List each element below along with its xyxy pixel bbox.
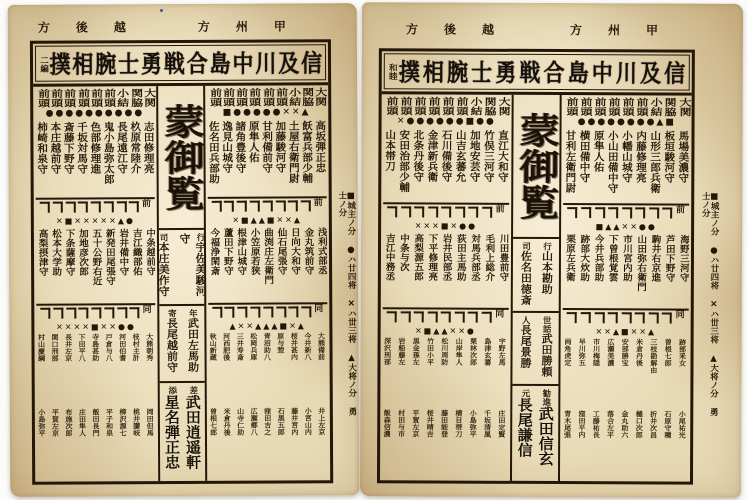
official-role-label: 人 bbox=[520, 316, 530, 325]
official-line: 添星名弾正忠 bbox=[164, 386, 180, 478]
rank-label: 前頭 bbox=[593, 97, 605, 116]
rank-label: 小結 bbox=[115, 88, 127, 107]
hook-mark bbox=[275, 200, 285, 211]
rank-label: 前頭 bbox=[62, 89, 74, 108]
warrior-name: 山吉玄蕃允 bbox=[455, 130, 466, 200]
warrior-name-small: 村田与市 bbox=[398, 409, 405, 479]
hook-mark bbox=[427, 311, 437, 322]
officials-section: 勧進武田信玄元長尾謙信 bbox=[512, 386, 559, 481]
warrior-name-small: 竹田小平 bbox=[427, 337, 434, 407]
symbol-row: ✕✕✕■✕●● bbox=[383, 221, 509, 233]
tier-divider-band: 前 bbox=[383, 203, 509, 222]
hook-mark bbox=[129, 201, 139, 212]
warrior-name-small: 布施次郎 bbox=[66, 408, 73, 481]
official-name: 長尾景勝 bbox=[519, 324, 532, 368]
warrior-name: 日向大和守 bbox=[289, 227, 299, 300]
official-name: 星名弾正忠 bbox=[163, 394, 181, 469]
band-end-label: 前 bbox=[142, 200, 151, 209]
warrior-name-small: 藤井宮内 bbox=[292, 407, 299, 480]
warrior-name: 馬場美濃守 bbox=[677, 131, 688, 201]
warrior-name-small: 青沼助八 bbox=[264, 333, 271, 406]
warrior-name-small: 下田平八 bbox=[79, 334, 86, 407]
hook-mark bbox=[263, 200, 273, 211]
warrior-name: 横田備中守 bbox=[579, 130, 590, 200]
warrior-name-row: 高坂弾正忠飫富兵部少輔土屋右衛門尉加藤駿河守甘利備前守原隼人佑諸角豊後守逸見山城… bbox=[207, 118, 327, 195]
title-character: 及 bbox=[638, 55, 662, 90]
hook-mark bbox=[301, 306, 311, 317]
warrior-small-name-row: 井上左京小宮山内藤井宮内石黒五郎窪田吉之広瀬郷八山寺仁助米倉丹後曽根七郎 bbox=[209, 406, 329, 481]
official-name: 長尾越前守 bbox=[165, 318, 178, 373]
warrior-name: 松本大学助 bbox=[50, 228, 60, 301]
officials-section: 行山本勘助司佐名田徳斎 bbox=[512, 239, 559, 313]
rank-label: 大関 bbox=[313, 87, 325, 106]
official-line: 寄長尾越前守 bbox=[163, 309, 179, 377]
warrior-name: 根津山城守 bbox=[235, 227, 245, 300]
warrior-name-small: 青木尾張 bbox=[564, 410, 571, 480]
warrior-name-small: 米倉丹後 bbox=[224, 407, 231, 480]
warrior-name: 佐名田兵部助 bbox=[208, 121, 219, 194]
title-bar: 信及川中島合戦勇士腕相撲二編 bbox=[33, 42, 328, 87]
title-bar: 信及川中島合戦勇士腕相撲和睦 bbox=[382, 51, 692, 95]
hook-mark bbox=[482, 311, 492, 322]
ink-speck bbox=[160, 9, 163, 12]
photo-of-banzuke-prints: { "artifact": "woodblock banzuke print, … bbox=[0, 0, 748, 500]
hook-mark bbox=[130, 307, 140, 318]
official-line: 行宇佐美駿河守 bbox=[176, 233, 204, 302]
official-line: 年武田左馬助 bbox=[184, 309, 200, 377]
warrior-name: 栗原左兵衛 bbox=[564, 234, 574, 304]
hook-mark bbox=[567, 312, 577, 323]
echigo-side-column: 大関関脇小結前頭前頭前頭前頭前頭前頭●●●●●●●●●●志田修理亮杦原常陸介長尾… bbox=[33, 86, 158, 482]
hook-mark bbox=[40, 201, 50, 212]
title-character: 信 bbox=[663, 55, 687, 90]
rank-label: 前頭 bbox=[426, 96, 438, 115]
warrior-name-small: 河西肥後 bbox=[224, 333, 231, 406]
hook-mark bbox=[649, 208, 659, 219]
warrior-name-row: 馬場美濃守板垣駿河守山形三郎兵衛内藤修理亮小幡山城守小山田備中守原隼人佑横田備中… bbox=[564, 128, 690, 203]
warrior-name-small: 戸倉与八 bbox=[106, 333, 113, 406]
warrior-name: 市川宮内助 bbox=[621, 235, 631, 305]
warrior-name-small: 秋山新蔵 bbox=[210, 333, 217, 406]
hook-mark bbox=[414, 311, 424, 322]
symbol-row: ✕■✕✕✕✕✕▲● bbox=[36, 215, 155, 227]
warrior-small-name-row: 跡部釆女曽根七郎三枝勘解由米倉丹後安部勝宝広瀬美濃市川梅隠早川弥五両角虎定 bbox=[563, 337, 689, 410]
warrior-name: 新発田尾張守 bbox=[104, 228, 114, 301]
official-line: 司佐名田徳斎 bbox=[517, 242, 533, 308]
official-name: 武田信玄 bbox=[537, 406, 555, 466]
band-end-label: 同 bbox=[495, 310, 504, 319]
official-role-label: 添 bbox=[167, 386, 177, 395]
warrior-name-small: 広瀬美濃 bbox=[608, 338, 615, 408]
warrior-name-small: 曽根七郎 bbox=[211, 407, 218, 480]
warrior-small-name-row: 大熊朝秀枝村主計河田伯耆戸倉与八寺島甚助下田平八長井左京関口刑部村山慶綱 bbox=[36, 332, 156, 407]
warrior-name-small: 曽根七郎 bbox=[665, 338, 672, 408]
warrior-name: 甘利備前守 bbox=[261, 121, 272, 194]
warrior-name-small: 落合左平 bbox=[607, 410, 614, 480]
rank-label: 前頭 bbox=[635, 97, 647, 116]
hook-mark bbox=[608, 207, 618, 218]
warrior-name: 芦田下野守 bbox=[664, 235, 674, 305]
rank-label: 小結 bbox=[649, 97, 661, 116]
title-character: 戦 bbox=[163, 46, 186, 81]
warrior-name: 高梨源五郎 bbox=[412, 234, 422, 304]
official-line: 司本庄美作守 bbox=[159, 233, 171, 301]
warrior-name: 岩井備中守 bbox=[118, 228, 128, 301]
rank-label: 前頭 bbox=[384, 96, 396, 115]
warrior-name: 荻田主馬助 bbox=[455, 234, 465, 304]
warrior-name: 金津新兵衛 bbox=[427, 129, 438, 199]
warrior-name: 加藤駿河守 bbox=[275, 120, 286, 193]
rank-label: 前頭 bbox=[49, 89, 61, 108]
warrior-name: 今井兵部助 bbox=[593, 234, 603, 304]
official-name: 山本勘助 bbox=[540, 250, 553, 294]
official-name: 宇佐美駿河守 bbox=[178, 233, 204, 296]
banzuke-sheet-right: 方後越方州甲信及川中島合戦勇士腕相撲和睦大関関脇小結前頭前頭前頭前頭前頭前頭✕●… bbox=[360, 2, 743, 498]
warrior-name: 杦原常陸介 bbox=[130, 121, 141, 194]
warrior-name-small: 小島弥平 bbox=[39, 408, 46, 481]
title-character: 士 bbox=[117, 46, 140, 81]
warrior-name: 山本帯刀 bbox=[384, 129, 395, 199]
warrior-name-small: 今井新八 bbox=[305, 332, 312, 405]
warrior-name-small: 三井寿斎 bbox=[237, 333, 244, 406]
rank-label: 前頭 bbox=[89, 88, 101, 107]
official-line: 行山本勘助 bbox=[538, 242, 554, 308]
warrior-name-small: 松川周防 bbox=[442, 337, 449, 407]
warrior-name: 曲渕庄左衛門 bbox=[262, 227, 272, 300]
hook-mark bbox=[622, 208, 632, 219]
tier-divider-band: 前 bbox=[36, 197, 155, 216]
official-role-label: 行 bbox=[541, 242, 551, 251]
warrior-name: 原隼人佑 bbox=[248, 121, 259, 194]
warrior-name: 対馬兵部丞 bbox=[469, 234, 479, 304]
hook-mark bbox=[276, 306, 286, 317]
warrior-name-small: 窪田平内 bbox=[579, 410, 586, 480]
title-character: 信 bbox=[300, 45, 323, 80]
hook-mark bbox=[441, 207, 451, 218]
title-character: 相 bbox=[421, 54, 445, 89]
warrior-name-row: 直江大和守竹俣三河守加地安芸守山吉玄蕃允石川備後守金津新兵衛北条丹後守安田治部少… bbox=[383, 127, 509, 202]
rank-header-row: 大関関脇小結前頭前頭前頭前頭前頭前頭 bbox=[35, 86, 154, 108]
warrior-name-small: 松岡兵庫 bbox=[251, 333, 258, 406]
warrior-name: 竹俣三河守 bbox=[483, 130, 494, 200]
warrior-name: 鬼小島弥太郎 bbox=[103, 121, 114, 194]
warrior-name: 浅利式部丞 bbox=[316, 227, 326, 300]
warrior-name: 五十公野右近 bbox=[91, 228, 101, 301]
hook-mark bbox=[662, 312, 672, 323]
warrior-name-small: 安部勝宝 bbox=[622, 338, 629, 408]
rank-label: 関脇 bbox=[663, 97, 675, 116]
symbol-row: ■●●●●●✕✕▲ bbox=[207, 106, 326, 119]
rank-label: 前頭 bbox=[621, 97, 633, 116]
warrior-name: 逸見山城守 bbox=[221, 121, 232, 194]
warrior-name-small: 窪田吉之 bbox=[265, 407, 272, 480]
warrior-name-small: 枝村主計 bbox=[133, 333, 140, 406]
rank-label: 前頭 bbox=[247, 88, 259, 107]
hook-mark bbox=[401, 207, 411, 218]
hook-mark bbox=[648, 312, 658, 323]
warrior-name-small: 折井次昌 bbox=[650, 410, 657, 480]
official-line: 勧進武田信玄 bbox=[538, 389, 554, 478]
warrior-name: 小幡山城守 bbox=[621, 130, 632, 200]
warrior-name: 山形三郎兵衛 bbox=[649, 130, 660, 200]
margin-symbol-legend: ■城主ノ分 ●ハ廿四将 ✕ハ丗三将 ▲大将ノ分 勇士ノ分 bbox=[337, 191, 356, 423]
official-name: 武田左馬助 bbox=[186, 318, 199, 373]
band-end-label: 同 bbox=[314, 305, 323, 314]
warrior-name-small: 村山慶綱 bbox=[38, 334, 45, 407]
rank-label: 前頭 bbox=[36, 89, 48, 108]
warrior-name-small: 栗林次郎 bbox=[470, 337, 477, 407]
warrior-name-small: 米倉丹後 bbox=[636, 338, 643, 408]
rank-label: 前頭 bbox=[607, 97, 619, 116]
hook-mark bbox=[662, 208, 672, 219]
echigo-side-column: 大関関脇小結前頭前頭前頭前頭前頭前頭✕●●●●●●■●●直江大和守竹俣三河守加地… bbox=[380, 94, 511, 481]
hook-mark bbox=[581, 207, 591, 218]
official-role-label: 元 bbox=[520, 389, 530, 398]
official-line: 世話武田勝頼 bbox=[538, 316, 554, 382]
officials-section: 年武田左馬助寄長尾越前守 bbox=[160, 306, 205, 383]
koshu-side-column: 大関関脇小結前頭前頭前頭前頭前頭前頭■●●●●●✕✕▲高坂弾正忠飫富兵部少輔土屋… bbox=[205, 85, 330, 481]
warrior-name-small: 平賀左京 bbox=[52, 408, 59, 481]
warrior-name-small: 山岸隼人 bbox=[456, 337, 463, 407]
koshu-side-header-label: 方州甲 bbox=[198, 17, 312, 35]
warrior-name-small: 早川弥五 bbox=[579, 338, 586, 408]
warrior-name: 志田修理亮 bbox=[143, 121, 154, 194]
symbol-row: ●●●●●●●●●● bbox=[35, 107, 154, 120]
official-role-label: 司 bbox=[159, 233, 168, 242]
rank-label: 前頭 bbox=[261, 88, 273, 107]
band-end-label: 同 bbox=[143, 306, 152, 315]
rank-label: 関脇 bbox=[300, 87, 312, 106]
warrior-name-row: 中条越前守吉江織部佑岩井備中守新発田尾張守五十公野右近加地彦次郎下条薩摩守松本大… bbox=[36, 226, 156, 303]
title-character: 戦 bbox=[518, 55, 542, 90]
center-column: 蒙御覧行宇佐美駿河守司本庄美作守年武田左馬助寄長尾越前守差武田逍遥軒添星名弾正忠 bbox=[156, 86, 206, 481]
title-character: 撲 bbox=[397, 54, 421, 89]
rank-label: 大関 bbox=[677, 98, 689, 117]
warrior-small-name-row: 庄田定賢千坂清風小島弥平横目帯刀藤田能登桜井晴吉平賀左京村田与市飯森信濃 bbox=[382, 408, 508, 481]
hook-mark bbox=[455, 207, 465, 218]
symbol-row: ■▲▲✕✕●● bbox=[563, 221, 689, 233]
rank-label: 小結 bbox=[468, 97, 480, 116]
warrior-name-small: 大熊朝秀 bbox=[147, 333, 154, 406]
official-name: 長尾謙信 bbox=[516, 398, 534, 458]
warrior-name: 北条丹後守 bbox=[412, 129, 423, 199]
warrior-name-small: 寺島甚助 bbox=[93, 333, 100, 406]
goran-block: 蒙御覧 bbox=[158, 86, 203, 230]
hook-mark bbox=[78, 201, 88, 212]
hook-mark bbox=[250, 200, 260, 211]
rank-label: 前頭 bbox=[102, 88, 114, 107]
warrior-name-small: 石原守種 bbox=[665, 410, 672, 480]
margin-symbol-legend: ■城主ノ分 ●ハ廿四将 ✕ハ丗三将 ▲大将ノ分 勇士ノ分 bbox=[699, 192, 718, 424]
hook-mark bbox=[250, 307, 260, 318]
official-role-label: 世話 bbox=[541, 316, 551, 333]
officials-section: 行宇佐美駿河守司本庄美作守 bbox=[159, 230, 204, 307]
warrior-name: 長尾遠江守 bbox=[116, 121, 127, 194]
warrior-name: 柿崎和泉守 bbox=[36, 122, 47, 195]
warrior-name: 石川備後守 bbox=[441, 130, 452, 200]
title-character: 島 bbox=[566, 55, 590, 90]
hook-mark bbox=[635, 312, 645, 323]
rank-label: 前頭 bbox=[440, 97, 452, 116]
official-line: 人長尾景勝 bbox=[517, 316, 533, 382]
title-character: 川 bbox=[254, 45, 277, 80]
edition-label: 和睦 bbox=[388, 63, 397, 80]
title-character: 合 bbox=[186, 46, 209, 81]
hook-mark bbox=[621, 312, 631, 323]
title-character: 腕 bbox=[445, 54, 469, 89]
koshu-side-header-label: 方州甲 bbox=[570, 21, 684, 38]
warrior-name-small: 関口刑部 bbox=[52, 334, 59, 407]
warrior-name: 吉江中務丞 bbox=[384, 234, 394, 304]
symbol-row: ▲✕✕▲▲▲■✕▲ bbox=[208, 320, 327, 332]
officials-section: 世話武田勝頼人長尾景勝 bbox=[512, 313, 559, 387]
warrior-name: 蘆田下野守 bbox=[222, 227, 232, 300]
rank-header-row: 大関関脇小結前頭前頭前頭前頭前頭前頭 bbox=[384, 94, 510, 116]
warrior-name-small: 島津玄蕃 bbox=[485, 337, 492, 407]
warrior-small-name-row: 大熊備前今井新八桜井甚内原与惣青沼助八松岡兵庫三井寿斎河西肥後秋山新蔵 bbox=[208, 331, 328, 406]
title-text-row: 信及川中島合戦勇士腕相撲和睦 bbox=[384, 53, 690, 90]
warrior-name-small: 桃井讃岐 bbox=[134, 408, 141, 481]
warrior-name: 加地彦次郎 bbox=[77, 228, 87, 301]
official-role-label: 年 bbox=[187, 309, 197, 318]
warrior-name-small: 跡部釆女 bbox=[679, 338, 686, 408]
tier-divider-band: 同 bbox=[383, 307, 509, 326]
hook-mark bbox=[454, 311, 464, 322]
warrior-name-row: 浅利式部丞金丸筑前守日向大和守仙石尾張守曲渕庄左衛門小笠原若狭根津山城守蘆田下野… bbox=[208, 225, 328, 302]
hook-mark bbox=[428, 207, 438, 218]
official-name: 武田勝頼 bbox=[540, 333, 553, 377]
warrior-name-small: 小尾祐光 bbox=[679, 410, 686, 480]
warrior-small-name-row: 岡田但馬桃井讃岐柳沢源七平子和泉飯田長門庄田隼人布施次郎平賀左京小島弥平 bbox=[37, 407, 157, 482]
warrior-name-small: 千坂清風 bbox=[484, 409, 491, 479]
warrior-small-name-row: 小尾祐光石原守種折井次昌樋口次郎金丸助六落合左平工藤祐長窪田平内青木尾張 bbox=[562, 409, 688, 482]
hook-mark bbox=[65, 201, 75, 212]
echigo-side-header-label: 方後越 bbox=[406, 20, 520, 37]
warrior-name-small: 庄田定賢 bbox=[499, 410, 506, 480]
warrior-name-small: 岩船藤左 bbox=[399, 337, 406, 407]
warrior-small-name-row: 宇野左馬島津玄蕃栗林次郎山岸隼人松川周防竹田小平黒金孫左岩船藤左深沢刑部 bbox=[382, 336, 508, 409]
warrior-name-small: 小島弥平 bbox=[470, 409, 477, 479]
warrior-name: 小山田備中守 bbox=[607, 130, 618, 200]
warrior-name-small: 横目帯刀 bbox=[456, 409, 463, 479]
warrior-name: 飫富兵部少輔 bbox=[301, 120, 312, 193]
title-character: 士 bbox=[470, 54, 494, 89]
warrior-name: 土屋右衛門尉 bbox=[288, 120, 299, 193]
warrior-name-small: 原与惣 bbox=[278, 332, 285, 405]
warrior-name-small: 柳沢源七 bbox=[120, 408, 127, 481]
warrior-name: 甘利左衛門尉 bbox=[565, 130, 576, 200]
warrior-name-small: 石黒五郎 bbox=[278, 407, 285, 480]
warrior-name: 高坂弾正忠 bbox=[315, 120, 326, 193]
title-character: 中 bbox=[590, 55, 614, 90]
title-character: 川 bbox=[614, 55, 638, 90]
warrior-name-small: 井上左京 bbox=[319, 407, 326, 480]
goran-block: 蒙御覧 bbox=[513, 95, 560, 239]
symbol-row: ✕■▲▲✕✕● bbox=[383, 325, 509, 337]
warrior-name: 高梨摂津守 bbox=[37, 228, 47, 301]
official-name: 武田逍遥軒 bbox=[184, 394, 202, 469]
hook-mark bbox=[441, 311, 451, 322]
rank-label: 前頭 bbox=[234, 88, 246, 107]
band-end-label: 同 bbox=[676, 311, 685, 320]
warrior-name: 中条越前守 bbox=[144, 228, 154, 301]
warrior-name-small: 桜井甚内 bbox=[291, 332, 298, 405]
edition-label: 二編 bbox=[39, 55, 48, 72]
warrior-name-small: 黒金孫左 bbox=[413, 337, 420, 407]
hook-mark bbox=[263, 307, 273, 318]
warrior-name: 色部修理進 bbox=[90, 121, 101, 194]
warrior-name: 吉江織部佑 bbox=[131, 228, 141, 301]
warrior-name: 下平修理亮 bbox=[426, 234, 436, 304]
warrior-name: 内藤修理亮 bbox=[635, 130, 646, 200]
goran-title: 蒙御覧 bbox=[161, 103, 201, 211]
warrior-name: 下曽根覚雲 bbox=[607, 234, 617, 304]
warrior-name-small: 飯田長門 bbox=[93, 408, 100, 481]
hook-mark bbox=[91, 201, 101, 212]
hook-mark bbox=[104, 201, 114, 212]
official-line: 元長尾謙信 bbox=[517, 389, 533, 478]
hook-mark bbox=[66, 308, 76, 319]
symbol-row: ✕●●●●●●■●● bbox=[384, 115, 510, 128]
symbol-row: ✕✕✕✕■✕✕●● bbox=[36, 321, 155, 333]
hook-mark bbox=[212, 307, 222, 318]
symbol-row: ●●●●●●●●▲■ bbox=[564, 116, 690, 129]
ranking-columns: 大関関脇小結前頭前頭前頭前頭前頭前頭●●●●●●●●●●志田修理亮杦原常陸介長尾… bbox=[33, 85, 330, 482]
official-role-label: 司 bbox=[520, 242, 530, 251]
hook-mark bbox=[104, 307, 114, 318]
rank-label: 前頭 bbox=[221, 88, 233, 107]
warrior-name-small: 広瀬郷八 bbox=[251, 407, 258, 480]
hook-mark bbox=[53, 201, 63, 212]
warrior-name: 直江大和守 bbox=[497, 130, 508, 200]
warrior-name-small: 工藤祐長 bbox=[593, 410, 600, 480]
warrior-name: 板垣駿河守 bbox=[663, 130, 674, 200]
official-role-label: 差 bbox=[188, 386, 198, 395]
rank-label: 前頭 bbox=[565, 97, 577, 116]
hook-mark bbox=[237, 200, 247, 211]
warrior-name-small: 平子和泉 bbox=[106, 408, 113, 481]
hook-mark bbox=[595, 207, 605, 218]
hook-mark bbox=[400, 311, 410, 322]
tier-divider-band: 同 bbox=[563, 308, 689, 327]
symbol-row: ✕✕▲■✕✕▲ bbox=[563, 326, 689, 338]
rank-label: 小結 bbox=[287, 87, 299, 106]
rank-label: 前頭 bbox=[208, 88, 220, 107]
warrior-name-small: 飯森信濃 bbox=[384, 409, 391, 479]
official-name: 本庄美作守 bbox=[159, 242, 170, 297]
warrior-name-small: 大熊備前 bbox=[318, 332, 325, 405]
warrior-name: 川田豊前守 bbox=[498, 234, 508, 304]
warrior-name: 安田治部少輔 bbox=[398, 129, 409, 199]
warrior-name-small: 樋口次郎 bbox=[636, 410, 643, 480]
warrior-name-small: 長井左京 bbox=[65, 334, 72, 407]
official-role-label: 勧進 bbox=[541, 389, 551, 406]
warrior-name-small: 三枝勘解由 bbox=[651, 338, 658, 408]
hook-mark bbox=[387, 311, 397, 322]
hook-mark bbox=[117, 307, 127, 318]
warrior-name-small: 河田伯耆 bbox=[120, 333, 127, 406]
warrior-name: 仙石尾張守 bbox=[276, 227, 286, 300]
hook-mark bbox=[568, 207, 578, 218]
title-character: 勇 bbox=[494, 54, 518, 89]
hook-mark bbox=[581, 312, 591, 323]
hook-mark bbox=[53, 308, 63, 319]
warrior-name-small: 山寺仁助 bbox=[238, 407, 245, 480]
banzuke-main-frame: 信及川中島合戦勇士腕相撲和睦大関関脇小結前頭前頭前頭前頭前頭前頭✕●●●●●●■… bbox=[377, 48, 695, 484]
title-character: 及 bbox=[277, 45, 300, 80]
goran-title: 蒙御覧 bbox=[516, 112, 556, 220]
rank-label: 関脇 bbox=[128, 88, 140, 107]
